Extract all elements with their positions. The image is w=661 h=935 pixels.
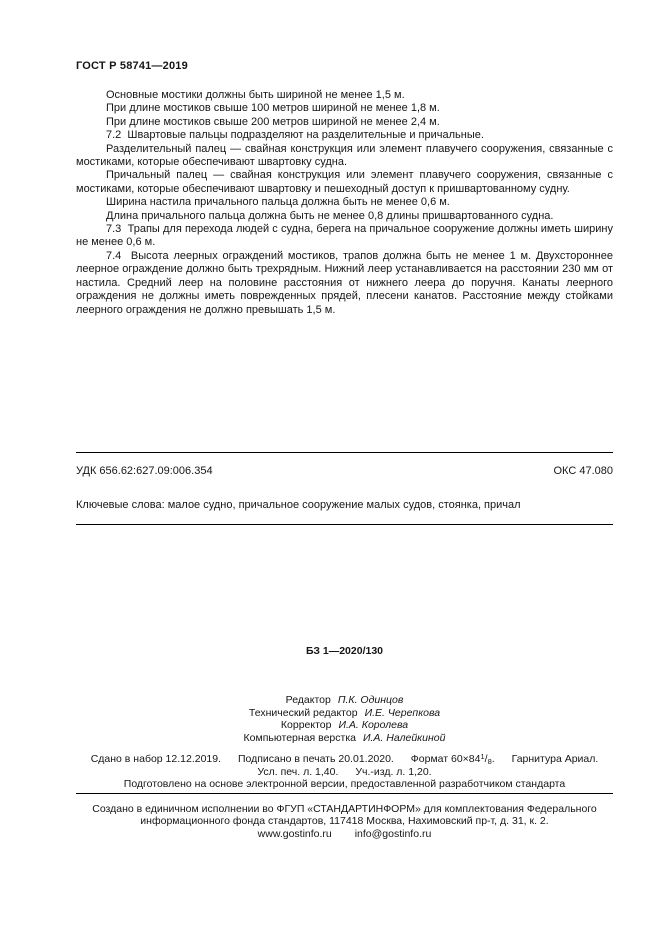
prepared-note: Подготовлено на основе электронной верси…: [76, 778, 613, 791]
paragraph: При длине мостиков свыше 100 метров шири…: [76, 102, 613, 115]
typeface-note: Гарнитура Ариал.: [512, 753, 599, 765]
horizontal-divider: [76, 793, 613, 794]
publishing-sheets: Уч.-изд. л. 1,20.: [355, 766, 431, 778]
staff-line: РедакторП.К. Одинцов: [76, 694, 613, 707]
paragraph: Причальный палец — свайная конструкция и…: [76, 169, 613, 196]
imprint-block: Сдано в набор 12.12.2019. Подписано в пе…: [76, 753, 613, 791]
paragraph-clause-7-2: 7.2 Швартовые пальцы подразделяют на раз…: [76, 129, 613, 142]
paragraph: Ширина настила причального пальца должна…: [76, 196, 613, 209]
staff-role: Компьютерная верстка: [244, 732, 356, 744]
oks-code: ОКС 47.080: [554, 465, 614, 477]
staff-line: КорректорИ.А. Королева: [76, 719, 613, 732]
paper-format: Формат 60×841/8.: [411, 753, 495, 765]
set-date: Сдано в набор 12.12.2019.: [91, 753, 221, 765]
publisher-website: www.gostinfo.ru: [258, 828, 332, 840]
publisher-line: информационного фонда стандартов, 117418…: [76, 815, 613, 827]
horizontal-divider: [76, 452, 613, 453]
paragraph-clause-7-3: 7.3 Трапы для перехода людей с судна, бе…: [76, 223, 613, 250]
staff-block: РедакторП.К. Одинцов Технический редакто…: [76, 694, 613, 744]
imprint-line: Сдано в набор 12.12.2019. Подписано в пе…: [76, 753, 613, 766]
bz-number: БЗ 1—2020/130: [76, 645, 613, 657]
paragraph: Разделительный палец — свайная конструкц…: [76, 143, 613, 170]
staff-line: Компьютерная версткаИ.А. Налейкиной: [76, 732, 613, 745]
paragraph: При длине мостиков свыше 200 метров шири…: [76, 116, 613, 129]
imprint-line: Усл. печ. л. 1,40. Уч.-изд. л. 1,20.: [76, 766, 613, 779]
staff-name: И.А. Королева: [338, 719, 408, 731]
conventional-sheets: Усл. печ. л. 1,40.: [257, 766, 338, 778]
publisher-contacts: www.gostinfo.ru info@gostinfo.ru: [76, 828, 613, 840]
staff-role: Технический редактор: [249, 707, 358, 719]
publisher-block: Создано в единичном исполнении во ФГУП «…: [76, 803, 613, 840]
keywords-line: Ключевые слова: малое судно, причальное …: [76, 499, 613, 511]
staff-name: И.Е. Черепкова: [365, 707, 441, 719]
publisher-line: Создано в единичном исполнении во ФГУП «…: [76, 803, 613, 815]
staff-name: И.А. Налейкиной: [363, 732, 445, 744]
paragraph: Длина причального пальца должна быть не …: [76, 210, 613, 223]
staff-role: Корректор: [281, 719, 332, 731]
paper-format-period: .: [492, 753, 495, 765]
paragraph-clause-7-4: 7.4 Высота леерных ограждений мостиков, …: [76, 250, 613, 317]
print-date: Подписано в печать 20.01.2020.: [238, 753, 394, 765]
staff-name: П.К. Одинцов: [338, 694, 403, 706]
classification-line: УДК 656.62:627.09:006.354 ОКС 47.080: [76, 465, 613, 477]
paper-format-base: Формат 60×84: [411, 753, 481, 765]
udk-code: УДК 656.62:627.09:006.354: [76, 465, 213, 477]
publisher-email: info@gostinfo.ru: [355, 828, 432, 840]
paragraph: Основные мостики должны быть шириной не …: [76, 89, 613, 102]
body-text: Основные мостики должны быть шириной не …: [76, 89, 613, 317]
horizontal-divider: [76, 524, 613, 525]
staff-line: Технический редакторИ.Е. Черепкова: [76, 707, 613, 720]
running-header: ГОСТ Р 58741—2019: [76, 60, 188, 72]
staff-role: Редактор: [286, 694, 331, 706]
gost-document-page: ГОСТ Р 58741—2019 Основные мостики должн…: [0, 0, 661, 935]
